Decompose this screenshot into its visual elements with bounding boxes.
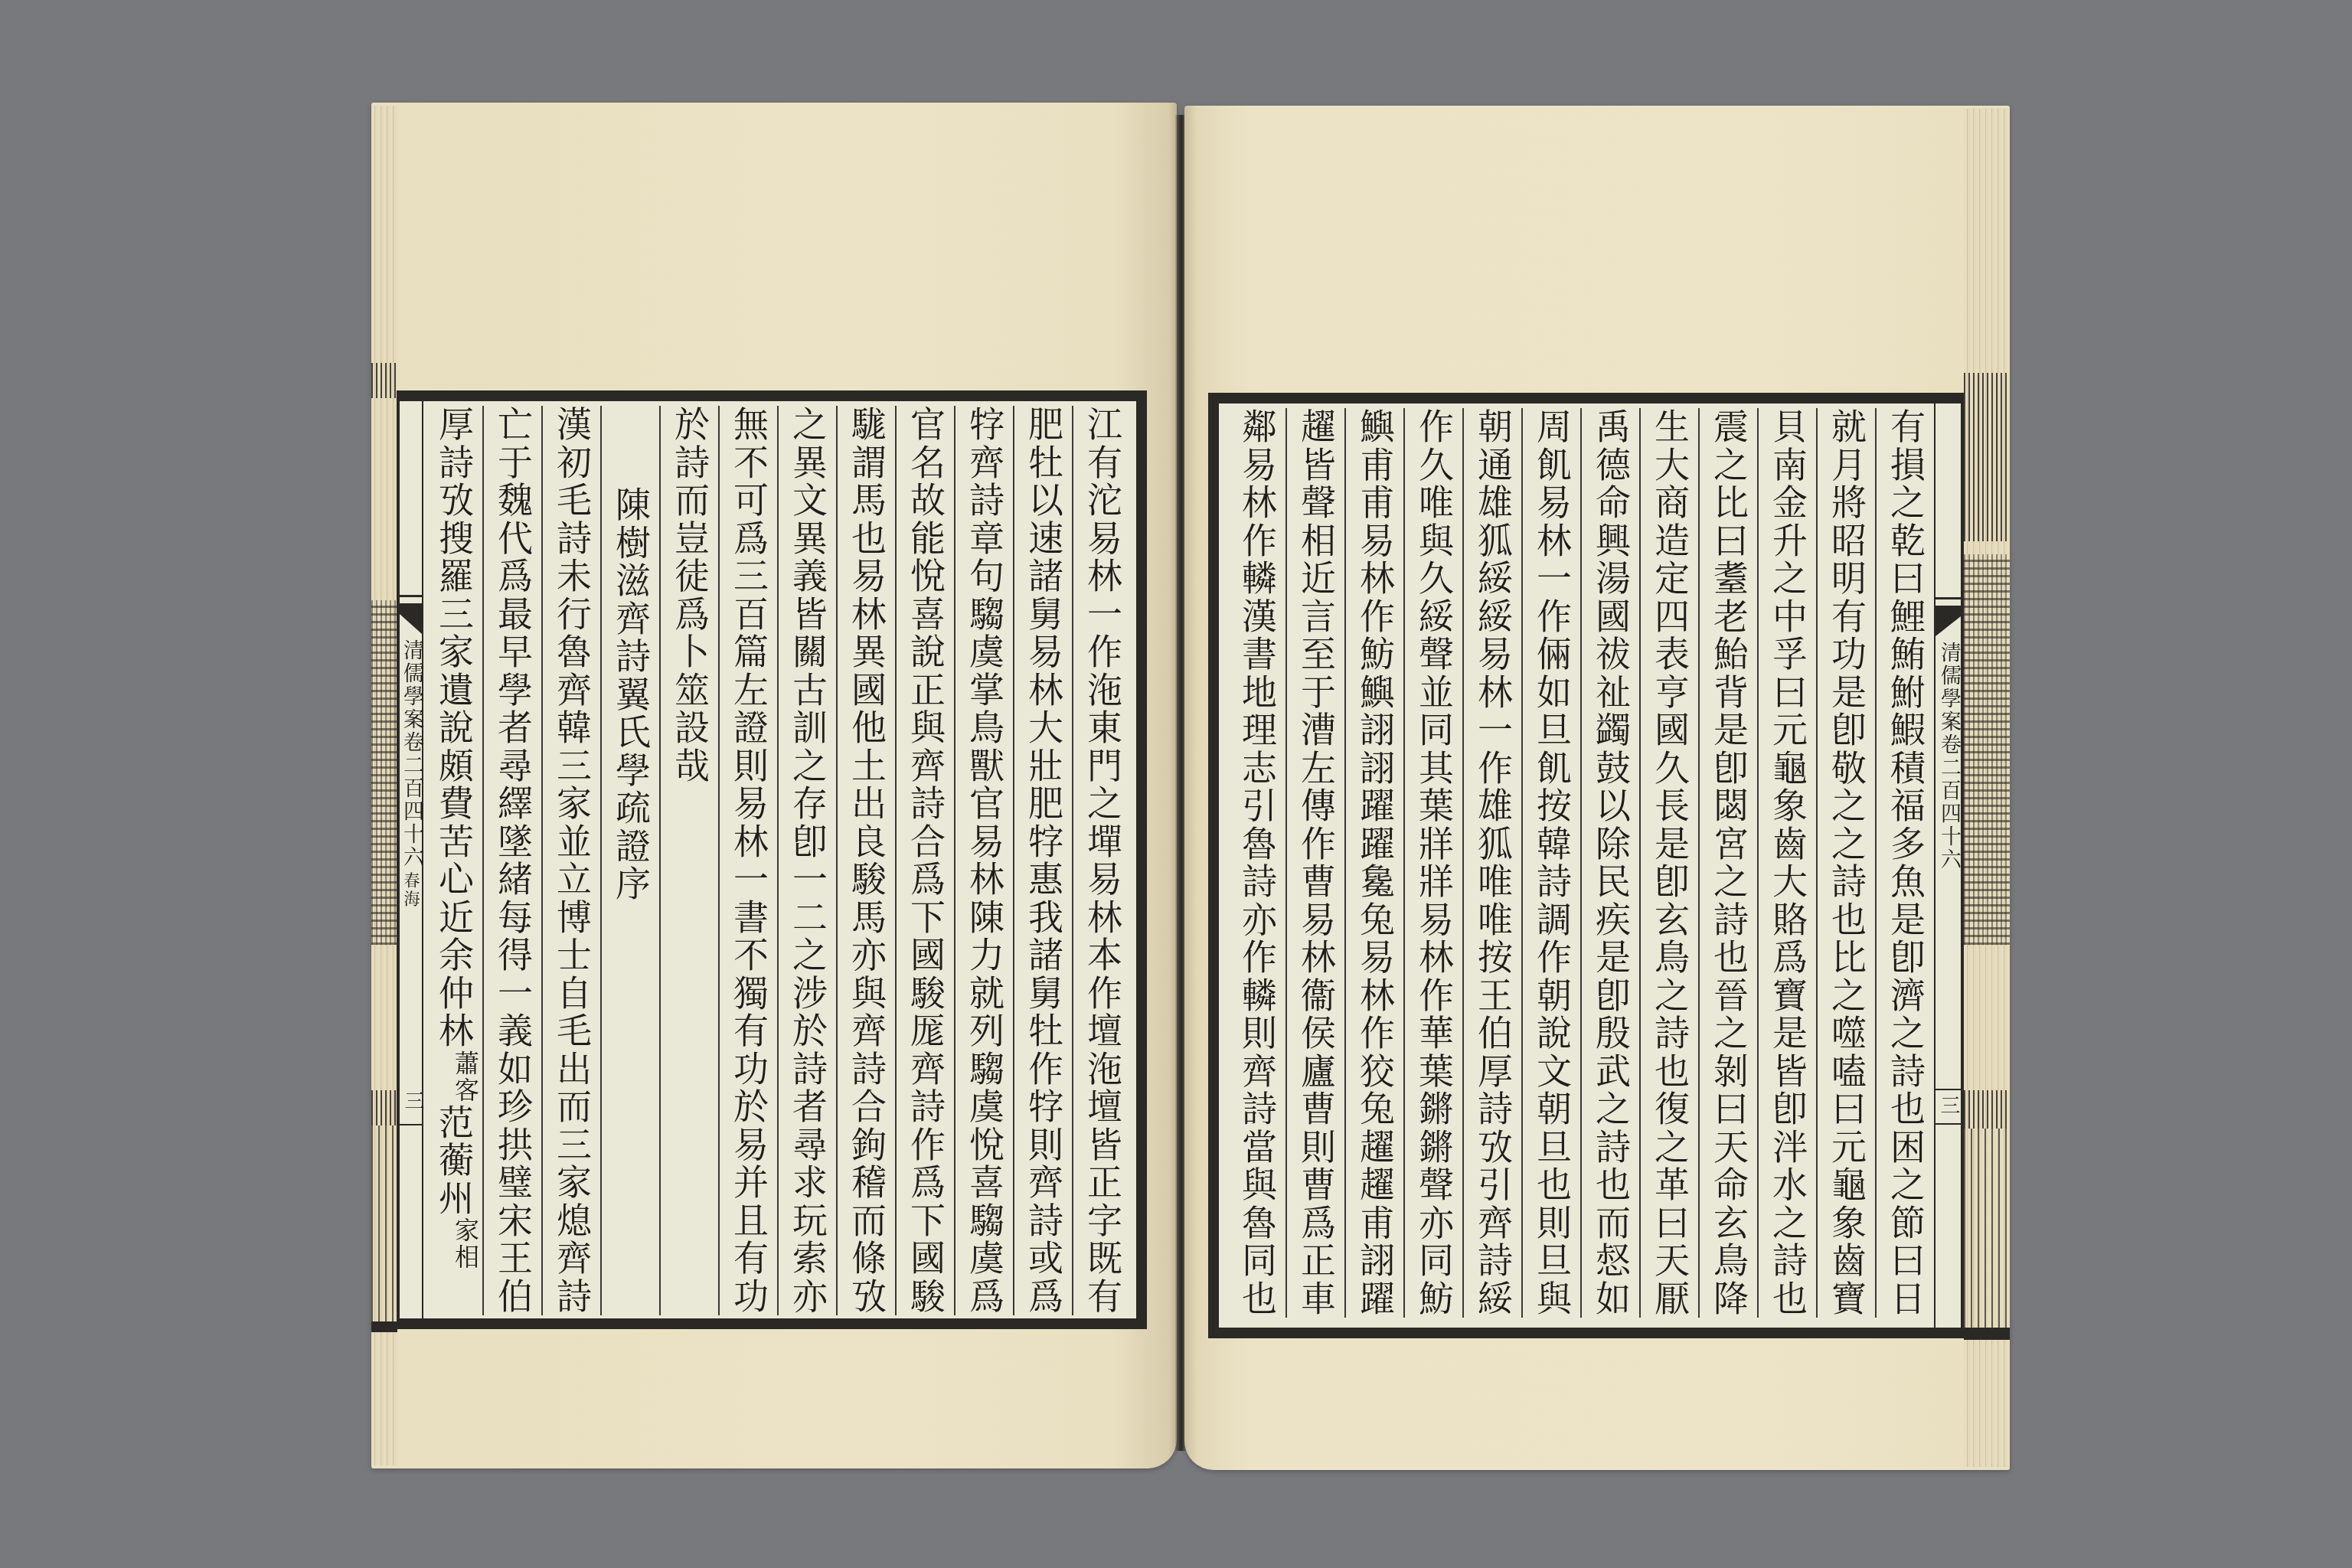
text-column: 周飢易林一作倆如旦飢按韓詩調作朝說文朝旦也則旦與 xyxy=(1521,408,1580,1318)
book-spread-photo: 清儒學案卷二百四十六 春海 三 江有沱易林一作沲東門之墠易林本作壇沲壇皆正字既有… xyxy=(0,0,2352,1568)
stacked-frame-bottom-marks xyxy=(1964,1328,2010,1340)
left-page: 清儒學案卷二百四十六 春海 三 江有沱易林一作沲東門之墠易林本作壇沲壇皆正字既有… xyxy=(371,103,1177,1468)
right-page: 清儒學案卷二百四十六 三 有損之乾曰鯉鮪鮒鰕積福多魚是卽濟之詩也困之節曰日 就月… xyxy=(1184,106,2010,1470)
right-banxin: 清儒學案卷二百四十六 三 xyxy=(1934,403,1961,1328)
interlinear-note: 蕭客 xyxy=(451,1050,480,1104)
banxin-page-number: 三 xyxy=(401,1090,424,1110)
text-column: 作久唯與久綏聲並同其葉牂牂易林作華葉鏘鏘聲亦同魴 xyxy=(1403,408,1462,1318)
fishtail-mark xyxy=(1935,597,1961,638)
text-column: 禹德命興湯國祓祉蠲鼓以除民疾是卽殷武之詩也而惄如 xyxy=(1580,408,1639,1318)
preface-heading: 陳樹滋齊詩翼氏學疏證序 xyxy=(600,406,659,1315)
text-column: 朝通雄狐綏綏易林一作雄狐唯唯按王伯厚詩攷引齊詩綏 xyxy=(1462,408,1521,1318)
stacked-frame-bottom-marks xyxy=(371,1321,397,1332)
banxin-rule xyxy=(400,1124,422,1125)
left-text-frame: 清儒學案卷二百四十六 春海 三 江有沱易林一作沲東門之墠易林本作壇沲壇皆正字既有… xyxy=(397,390,1147,1329)
text-column: 無不可爲三百篇左證則易林一書不獨有功於易并且有功 xyxy=(718,406,777,1315)
text-column: 牸齊詩章句騶虞掌鳥獸官易林陳力就列騶虞悅喜騶虞爲 xyxy=(954,406,1013,1315)
text-column: 震之比曰耋老鮐背是卽閟宮之詩也晉之剝曰天命玄鳥降 xyxy=(1698,408,1757,1318)
stacked-pagenum-marks xyxy=(1964,1090,2010,1129)
fishtail-icon xyxy=(1935,606,1961,636)
interlinear-note: 家相 xyxy=(451,1217,480,1271)
left-text-columns: 江有沱易林一作沲東門之墠易林本作壇沲壇皆正字既有 肥牡以速諸舅易林大壯肥牸惠我諸… xyxy=(423,406,1131,1315)
text-column: 肥牡以速諸舅易林大壯肥牸惠我諸舅牡作牸則齊詩或爲 xyxy=(1013,406,1072,1315)
text-column: 鄰易林作轔漢書地理志引魯詩亦作轔則齊詩當與魯同也 xyxy=(1227,408,1285,1318)
right-page-stacked-edges xyxy=(1964,109,2010,1467)
banxin-section-name: 春海 xyxy=(401,872,421,909)
text-column: 趯皆聲相近言至于漕左傳作曹易林衞侯廬曹則曹爲正車 xyxy=(1285,408,1344,1318)
text-column: 駹謂馬也易林異國他土出良駿馬亦與齊詩合鉤稽而條攷 xyxy=(836,406,895,1315)
banxin-page-number: 三 xyxy=(1937,1095,1960,1115)
stacked-frame-top-marks xyxy=(371,363,397,398)
text-column: 漢初毛詩未行魯齊韓三家並立博士自毛出而三家熄齊詩 xyxy=(541,406,600,1315)
left-banxin: 清儒學案卷二百四十六 春海 三 xyxy=(400,401,423,1318)
banxin-book-title: 清儒學案卷二百四十六 xyxy=(1937,642,1961,871)
right-text-frame: 清儒學案卷二百四十六 三 有損之乾曰鯉鮪鮒鰕積福多魚是卽濟之詩也困之節曰日 就月… xyxy=(1208,393,1964,1338)
text-column: 貝南金升之中孚曰元龜象齒大賂爲寶是皆卽泮水之詩也 xyxy=(1757,408,1816,1318)
stacked-pagenum-marks xyxy=(371,1090,397,1125)
text-column: 就月將昭明有功是卽敬之之詩也比之噬嗑曰元龜象齒寶 xyxy=(1816,408,1875,1318)
text-column: 亡于魏代爲最早學者尋繹墜緒每得一義如珍拱璧宋王伯 xyxy=(482,406,541,1315)
left-page-stacked-edges xyxy=(371,106,397,1465)
stacked-banxin-marks xyxy=(1964,554,2010,945)
stacked-rule-marks xyxy=(1964,1129,2010,1329)
text-column: 有損之乾曰鯉鮪鮒鰕積福多魚是卽濟之詩也困之節曰日 xyxy=(1875,408,1934,1318)
text-column: 官名故能悅喜說正與齊詩合爲下國駿厖齊詩作爲下國駿 xyxy=(895,406,954,1315)
fishtail-mark xyxy=(400,595,422,635)
stacked-banxin-marks xyxy=(371,600,397,945)
banxin-book-title: 清儒學案卷二百四十六 xyxy=(400,639,423,869)
fishtail-icon xyxy=(400,603,422,634)
text-column-with-notes: 厚詩攷搜羅三家遺說頗費苦心近余仲林蕭客范蘅州家相 xyxy=(423,406,482,1315)
main-text: 范蘅州 xyxy=(433,1104,475,1218)
banxin-rule xyxy=(1935,1089,1961,1090)
text-column-ending: 於詩而豈徒爲卜筮設哉 xyxy=(659,406,718,1315)
right-text-columns: 有損之乾曰鯉鮪鮒鰕積福多魚是卽濟之詩也困之節曰日 就月將昭明有功是卽敬之之詩也比… xyxy=(1227,408,1934,1318)
text-column: 之異文異義皆關古訓之存卽一二之涉於詩者尋求玩索亦 xyxy=(777,406,836,1315)
banxin-rule xyxy=(1935,1123,1961,1125)
text-column: 生大商造定四表亨國久長是卽玄鳥之詩也復之革曰天厭 xyxy=(1639,408,1698,1318)
text-column: 江有沱易林一作沲東門之墠易林本作壇沲壇皆正字既有 xyxy=(1072,406,1131,1315)
stacked-rule-marks xyxy=(371,1125,397,1326)
main-text: 厚詩攷搜羅三家遺說頗費苦心近余仲林 xyxy=(433,406,475,1050)
text-column: 鱮甫甫易林作魴鱮詡詡躍躍毚兔易林作狡兔趯趯甫詡躍 xyxy=(1344,408,1403,1318)
stacked-frame-top-marks xyxy=(1964,373,2010,541)
